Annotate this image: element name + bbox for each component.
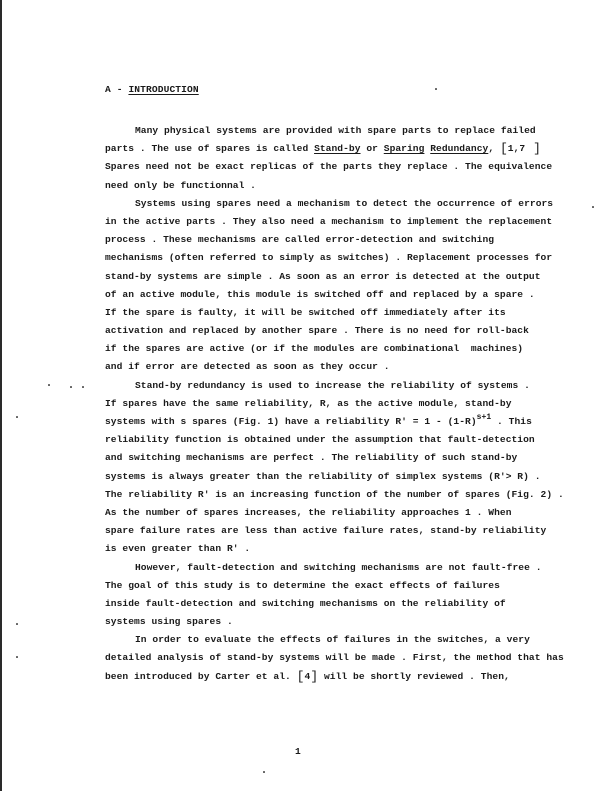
scan-speck: [82, 386, 84, 388]
text-line: systems using spares .: [105, 613, 610, 631]
text-line: need only be functionnal .: [105, 177, 610, 195]
text-line: Stand-by redundancy is used to increase …: [105, 377, 610, 395]
text-line: reliability function is obtained under t…: [105, 431, 610, 449]
scan-speck: [16, 623, 18, 625]
text-span: parts . The use of spares is called: [105, 143, 314, 154]
scan-speck: [263, 771, 265, 773]
term-stand-by: Stand-by: [314, 143, 360, 154]
text-line: been introduced by Carter et al. [4] wil…: [105, 668, 610, 686]
scan-speck: [435, 88, 437, 90]
text-span: will be shortly reviewed . Then,: [318, 671, 510, 682]
citation-number: 1,7: [508, 143, 525, 154]
document-page: A - INTRODUCTION Many physical systems a…: [105, 84, 605, 98]
scan-speck: [16, 416, 18, 418]
text-line: stand-by systems are simple . As soon as…: [105, 268, 610, 286]
citation: [4]: [297, 671, 319, 682]
text-line: Spares need not be exact replicas of the…: [105, 158, 610, 176]
scan-speck: [16, 656, 18, 658]
scan-speck: [592, 206, 594, 208]
text-line: inside fault-detection and switching mec…: [105, 595, 610, 613]
text-line: in the active parts . They also need a m…: [105, 213, 610, 231]
section-prefix: A -: [105, 84, 128, 95]
text-span: ,: [488, 143, 500, 154]
text-line: Systems using spares need a mechanism to…: [105, 195, 610, 213]
text-line: and if error are detected as soon as the…: [105, 358, 610, 376]
section-title: INTRODUCTION: [128, 84, 198, 95]
text-line: The goal of this study is to determine t…: [105, 577, 610, 595]
text-line: process . These mechanisms are called er…: [105, 231, 610, 249]
scan-speck: [70, 386, 72, 388]
text-line: activation and replaced by another spare…: [105, 322, 610, 340]
formula-text: systems with s spares (Fig. 1) have a re…: [105, 416, 477, 427]
text-line: In order to evaluate the effects of fail…: [105, 631, 610, 649]
text-line: parts . The use of spares is called Stan…: [105, 140, 610, 158]
text-line: if the spares are active (or if the modu…: [105, 340, 610, 358]
text-line: detailed analysis of stand-by systems wi…: [105, 649, 610, 667]
page-number: 1: [295, 746, 301, 757]
text-line: systems with s spares (Fig. 1) have a re…: [105, 413, 610, 431]
body-text: Many physical systems are provided with …: [105, 122, 610, 686]
section-heading: A - INTRODUCTION: [105, 84, 605, 98]
formula-exponent: s+1: [477, 413, 492, 422]
text-line: However, fault-detection and switching m…: [105, 559, 610, 577]
term-sparing: Sparing: [384, 143, 425, 154]
scan-speck: [48, 384, 50, 386]
text-line: If the spare is faulty, it will be switc…: [105, 304, 610, 322]
text-line: is even greater than R' .: [105, 540, 610, 558]
text-line: If spares have the same reliability, R, …: [105, 395, 610, 413]
term-redundancy: Redundancy: [430, 143, 488, 154]
text-span: been introduced by Carter et al.: [105, 671, 297, 682]
text-line: The reliability R' is an increasing func…: [105, 486, 610, 504]
text-line: Many physical systems are provided with …: [105, 122, 610, 140]
text-line: systems is always greater than the relia…: [105, 468, 610, 486]
scan-edge: [0, 0, 2, 791]
text-line: and switching mechanisms are perfect . T…: [105, 449, 610, 467]
text-line: As the number of spares increases, the r…: [105, 504, 610, 522]
text-line: mechanisms (often referred to simply as …: [105, 249, 610, 267]
text-span: . This: [491, 416, 532, 427]
text-span: or: [361, 143, 384, 154]
text-line: spare failure rates are less than active…: [105, 522, 610, 540]
citation: [1,7 ]: [500, 143, 541, 154]
text-line: of an active module, this module is swit…: [105, 286, 610, 304]
